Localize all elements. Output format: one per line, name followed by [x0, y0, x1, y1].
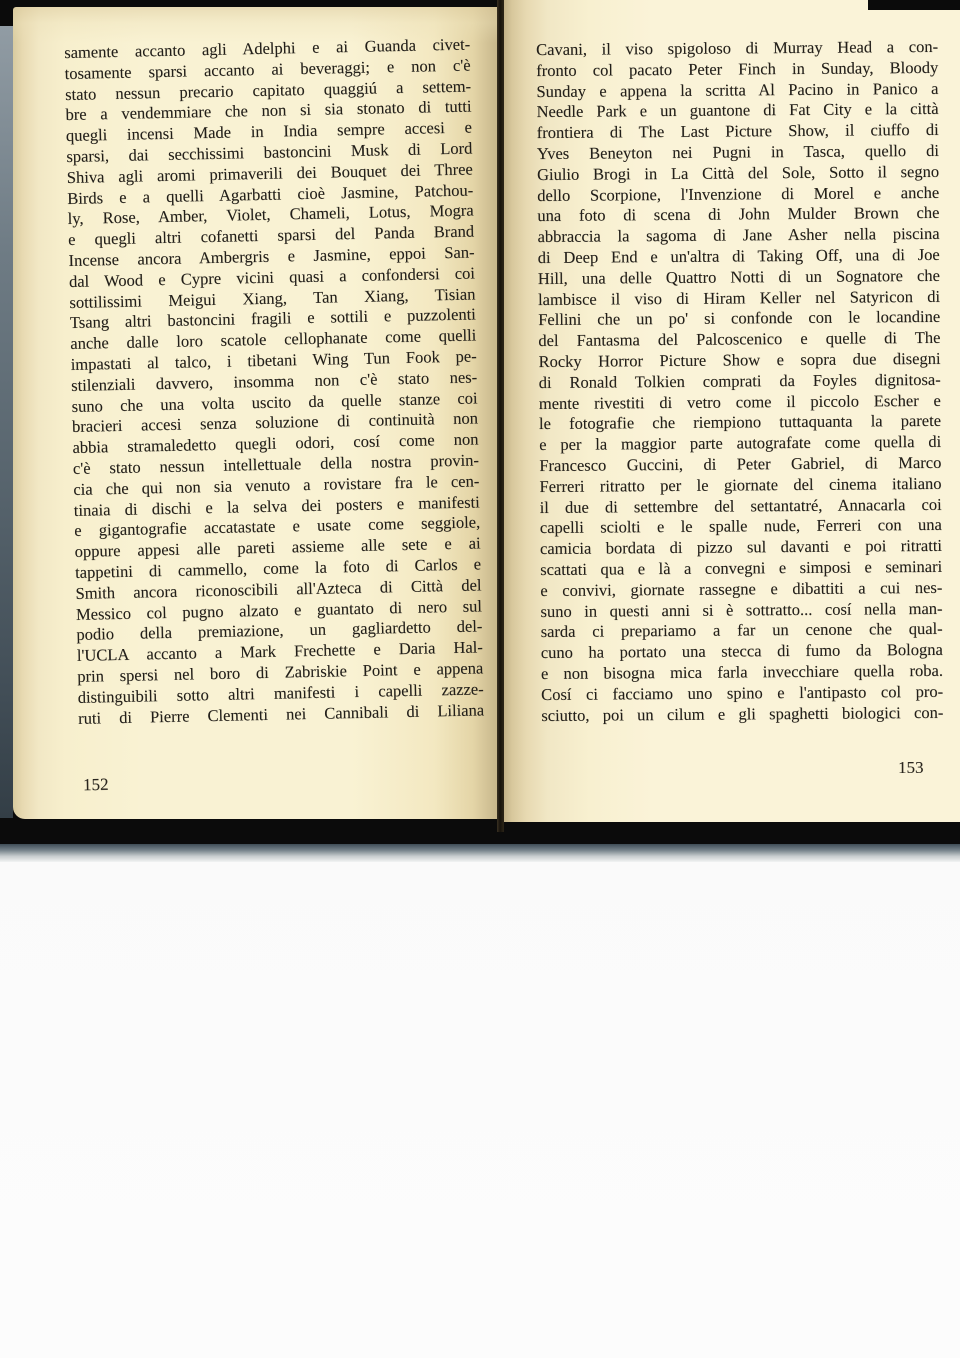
- text-line: Giulio Brogi in La Città del Sole, Sotto…: [537, 162, 939, 186]
- text-line: e non bisogna mica farla invecchiare que…: [541, 661, 943, 685]
- right-page-number: 153: [898, 758, 924, 778]
- left-page-text: samente accanto agli Adelphi e ai Guanda…: [64, 34, 484, 729]
- text-line: di Deep End e un'altra di Taking Off, un…: [538, 245, 940, 269]
- right-page-text: Cavani, il viso spigoloso di Murray Head…: [536, 37, 943, 726]
- text-line: Ferreri ritratto per le giornate del cin…: [539, 474, 941, 498]
- text-line: sciutto, poi un cilum e gli spaghetti bi…: [541, 702, 943, 726]
- open-book: samente accanto agli Adelphi e ai Guanda…: [0, 0, 960, 844]
- text-line: Francesco Guccini, di Peter Gabriel, di …: [539, 453, 941, 477]
- text-line: Cavani, il viso spigoloso di Murray Head…: [536, 37, 938, 61]
- scanner-corner-shadow: [868, 0, 960, 10]
- left-page: samente accanto agli Adelphi e ai Guanda…: [13, 7, 497, 819]
- text-line: fronto col pacato Peter Finch in Sunday,…: [536, 58, 938, 82]
- text-line: Hill, una delle Quattro Notti di un Sogn…: [538, 266, 940, 290]
- book-cover-edge: [0, 26, 13, 818]
- left-page-number: 152: [83, 775, 109, 795]
- text-line: Cosí ci facciamo uno spino e l'antipasto…: [541, 682, 943, 706]
- right-page: Cavani, il viso spigoloso di Murray Head…: [504, 0, 960, 822]
- text-line: e convivi, giornate rassegne e dibattiti…: [540, 578, 942, 602]
- text-line: Yves Beneyton nei Pugni in Tasca, quello…: [537, 141, 939, 165]
- text-line: Rocky Horror Picture Show e sopra due di…: [538, 349, 940, 373]
- book-scan: samente accanto agli Adelphi e ai Guanda…: [0, 0, 960, 1358]
- text-line: di Ronald Tolkien comprati da Foyles dig…: [539, 370, 941, 394]
- book-shadow: [0, 844, 960, 862]
- text-line: scattati qua e là a convegni e simposi e…: [540, 557, 942, 581]
- book-gutter: [497, 0, 504, 832]
